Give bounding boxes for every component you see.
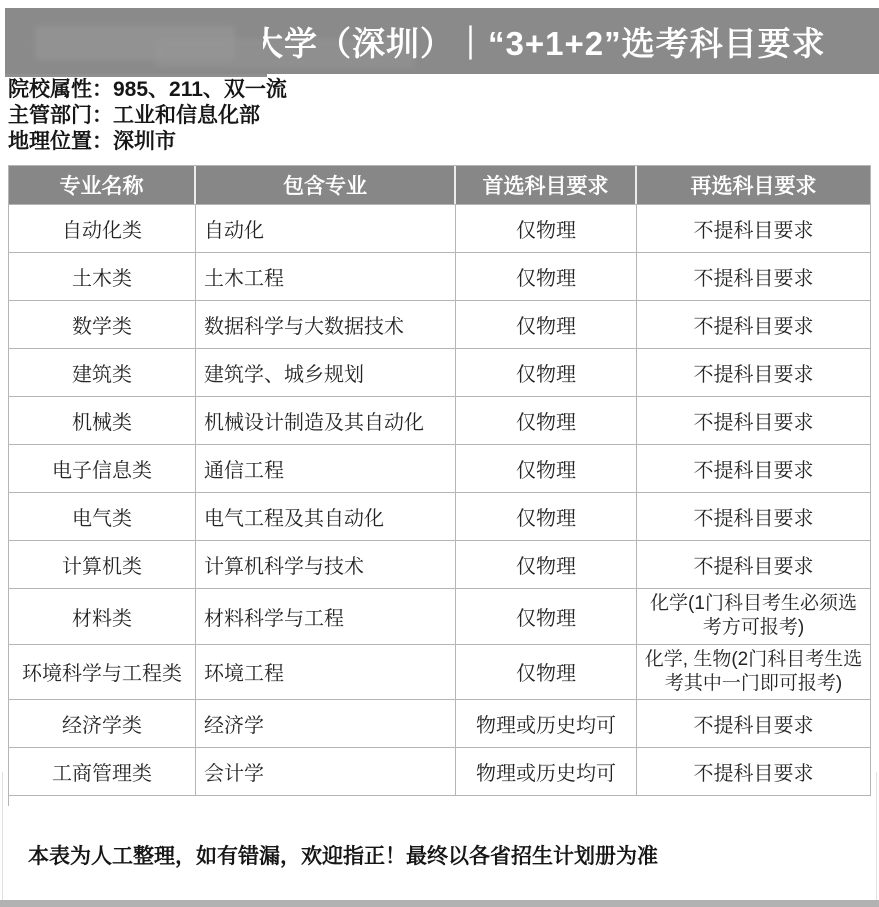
cell-primary-subject: 仅物理 bbox=[456, 589, 637, 644]
page: 大学（深圳）｜“3+1+2”选考科目要求 院校属性：985、211、双一流 主管… bbox=[0, 0, 879, 907]
table-row: 工商管理类 会计学 物理或历史均可 不提科目要求 bbox=[9, 747, 870, 795]
cell-secondary-subject: 不提科目要求 bbox=[637, 445, 870, 492]
banner-title-clip: 大学（深圳）｜“3+1+2”选考科目要求 bbox=[263, 8, 877, 74]
cell-secondary-subject: 不提科目要求 bbox=[637, 700, 870, 747]
cell-secondary-subject: 不提科目要求 bbox=[637, 253, 870, 300]
cell-category: 计算机类 bbox=[9, 541, 196, 588]
cell-majors: 建筑学、城乡规划 bbox=[196, 349, 456, 396]
title-banner: 大学（深圳）｜“3+1+2”选考科目要求 bbox=[5, 8, 879, 74]
cell-secondary-subject: 不提科目要求 bbox=[637, 205, 870, 252]
cell-primary-subject: 物理或历史均可 bbox=[456, 748, 637, 795]
cell-primary-subject: 仅物理 bbox=[456, 205, 637, 252]
header-cell-category: 专业名称 bbox=[9, 166, 196, 204]
table-row: 电气类 电气工程及其自动化 仅物理 不提科目要求 bbox=[9, 492, 870, 540]
subject-requirements-table: 专业名称 包含专业 首选科目要求 再选科目要求 自动化类 自动化 仅物理 不提科… bbox=[8, 165, 871, 796]
table-body: 自动化类 自动化 仅物理 不提科目要求 土木类 土木工程 仅物理 不提科目要求 … bbox=[9, 204, 870, 795]
cell-category: 经济学类 bbox=[9, 700, 196, 747]
table-row: 材料类 材料科学与工程 仅物理 化学(1门科目考生必须选考方可报考) bbox=[9, 588, 870, 644]
cell-primary-subject: 仅物理 bbox=[456, 253, 637, 300]
cell-majors: 自动化 bbox=[196, 205, 456, 252]
table-row: 经济学类 经济学 物理或历史均可 不提科目要求 bbox=[9, 699, 870, 747]
info-line-department: 主管部门：工业和信息化部 bbox=[8, 103, 287, 129]
cell-category: 环境科学与工程类 bbox=[9, 645, 196, 700]
cell-majors: 电气工程及其自动化 bbox=[196, 493, 456, 540]
cell-majors: 机械设计制造及其自动化 bbox=[196, 397, 456, 444]
page-title: 大学（深圳）｜“3+1+2”选考科目要求 bbox=[263, 18, 826, 65]
info-line-attributes: 院校属性：985、211、双一流 bbox=[8, 77, 287, 103]
cell-primary-subject: 物理或历史均可 bbox=[456, 700, 637, 747]
table-row: 计算机类 计算机科学与技术 仅物理 不提科目要求 bbox=[9, 540, 870, 588]
cell-majors: 经济学 bbox=[196, 700, 456, 747]
header-cell-majors: 包含专业 bbox=[196, 166, 456, 204]
cell-majors: 环境工程 bbox=[196, 645, 456, 700]
school-info: 院校属性：985、211、双一流 主管部门：工业和信息化部 地理位置：深圳市 bbox=[8, 77, 287, 155]
cell-category: 建筑类 bbox=[9, 349, 196, 396]
cell-category: 机械类 bbox=[9, 397, 196, 444]
footer-note: 本表为人工整理，如有错漏，欢迎指正！最终以各省招生计划册为准 bbox=[28, 840, 658, 870]
cell-primary-subject: 仅物理 bbox=[456, 541, 637, 588]
cell-primary-subject: 仅物理 bbox=[456, 645, 637, 700]
cell-secondary-subject: 化学, 生物(2门科目考生选考其中一门即可报考) bbox=[637, 645, 870, 700]
table-border-stub bbox=[8, 774, 9, 806]
cell-category: 数学类 bbox=[9, 301, 196, 348]
cell-secondary-subject: 不提科目要求 bbox=[637, 397, 870, 444]
cell-primary-subject: 仅物理 bbox=[456, 445, 637, 492]
table-row: 电子信息类 通信工程 仅物理 不提科目要求 bbox=[9, 444, 870, 492]
table-row: 土木类 土木工程 仅物理 不提科目要求 bbox=[9, 252, 870, 300]
header-cell-secondary-subject: 再选科目要求 bbox=[637, 166, 870, 204]
cell-majors: 数据科学与大数据技术 bbox=[196, 301, 456, 348]
cell-category: 材料类 bbox=[9, 589, 196, 644]
left-edge-line bbox=[2, 772, 3, 902]
cell-majors: 土木工程 bbox=[196, 253, 456, 300]
cell-majors: 材料科学与工程 bbox=[196, 589, 456, 644]
cell-secondary-subject: 不提科目要求 bbox=[637, 748, 870, 795]
bottom-bar bbox=[0, 900, 879, 907]
cell-secondary-subject: 化学(1门科目考生必须选考方可报考) bbox=[637, 589, 870, 644]
cell-secondary-subject: 不提科目要求 bbox=[637, 349, 870, 396]
cell-majors: 计算机科学与技术 bbox=[196, 541, 456, 588]
cell-primary-subject: 仅物理 bbox=[456, 301, 637, 348]
table-row: 环境科学与工程类 环境工程 仅物理 化学, 生物(2门科目考生选考其中一门即可报… bbox=[9, 644, 870, 700]
cell-majors: 会计学 bbox=[196, 748, 456, 795]
cell-category: 电气类 bbox=[9, 493, 196, 540]
cell-category: 工商管理类 bbox=[9, 748, 196, 795]
table-row: 机械类 机械设计制造及其自动化 仅物理 不提科目要求 bbox=[9, 396, 870, 444]
table-row: 建筑类 建筑学、城乡规划 仅物理 不提科目要求 bbox=[9, 348, 870, 396]
cell-secondary-subject: 不提科目要求 bbox=[637, 493, 870, 540]
info-line-location: 地理位置：深圳市 bbox=[8, 129, 287, 155]
table-row: 数学类 数据科学与大数据技术 仅物理 不提科目要求 bbox=[9, 300, 870, 348]
cell-category: 自动化类 bbox=[9, 205, 196, 252]
header-cell-primary-subject: 首选科目要求 bbox=[456, 166, 637, 204]
right-edge-line bbox=[876, 772, 877, 902]
cell-category: 土木类 bbox=[9, 253, 196, 300]
table-header-row: 专业名称 包含专业 首选科目要求 再选科目要求 bbox=[9, 166, 870, 204]
cell-primary-subject: 仅物理 bbox=[456, 349, 637, 396]
cell-secondary-subject: 不提科目要求 bbox=[637, 301, 870, 348]
cell-majors: 通信工程 bbox=[196, 445, 456, 492]
cell-secondary-subject: 不提科目要求 bbox=[637, 541, 870, 588]
table-row: 自动化类 自动化 仅物理 不提科目要求 bbox=[9, 204, 870, 252]
cell-category: 电子信息类 bbox=[9, 445, 196, 492]
cell-primary-subject: 仅物理 bbox=[456, 397, 637, 444]
cell-primary-subject: 仅物理 bbox=[456, 493, 637, 540]
